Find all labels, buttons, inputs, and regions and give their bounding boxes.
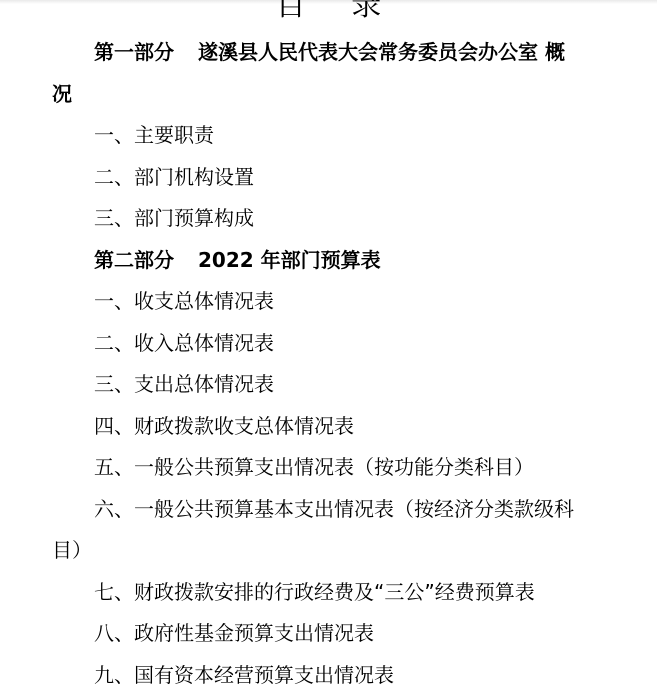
toc-entry-part2-5[interactable]: 五、一般公共预算支出情况表（按功能分类科目） [94,455,654,479]
toc-entry-part2-8[interactable]: 八、政府性基金预算支出情况表 [94,621,654,645]
toc-entry-part2-7[interactable]: 七、财政拨款安排的行政经费及“三公”经费预算表 [94,580,654,604]
toc-entry-part2-3[interactable]: 三、支出总体情况表 [94,372,654,396]
toc-entry-part1-2[interactable]: 二、部门机构设置 [94,165,654,189]
part2-heading[interactable]: 第二部分2022 年部门预算表 [94,248,654,272]
part1-heading-continued[interactable]: 况 [52,82,612,106]
toc-entry-part1-1[interactable]: 一、主要职责 [94,123,654,147]
toc-entry-part2-6-continued[interactable]: 目） [52,538,612,562]
toc-entry-part2-2[interactable]: 二、收入总体情况表 [94,331,654,355]
part2-title: 2022 年部门预算表 [198,248,381,272]
toc-title: 目 录 [0,0,657,24]
toc-entry-part2-6[interactable]: 六、一般公共预算基本支出情况表（按经济分类款级科 [94,497,654,521]
toc-entry-part2-9[interactable]: 九、国有资本经营预算支出情况表 [94,663,654,687]
part1-heading[interactable]: 第一部分遂溪县人民代表大会常务委员会办公室 概 [94,40,654,64]
part1-label: 第一部分 [94,40,174,64]
toc-entry-part2-4[interactable]: 四、财政拨款收支总体情况表 [94,414,654,438]
part1-title: 遂溪县人民代表大会常务委员会办公室 概 [198,40,565,64]
toc-entry-part1-3[interactable]: 三、部门预算构成 [94,206,654,230]
part2-label: 第二部分 [94,248,174,272]
toc-entry-part2-1[interactable]: 一、收支总体情况表 [94,289,654,313]
